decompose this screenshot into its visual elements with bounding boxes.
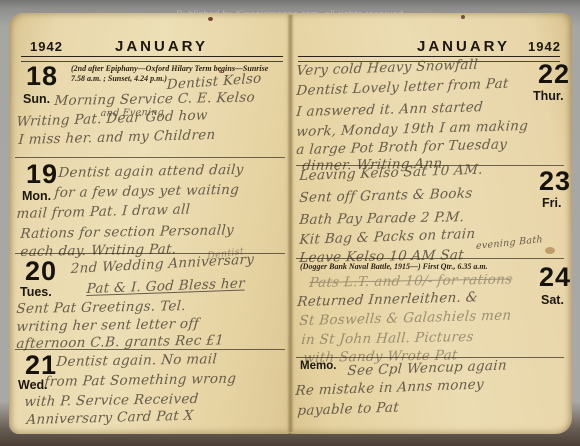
- handwriting-line: Anniversary Card Pat X: [26, 408, 194, 428]
- handwriting-line: payable to Pat: [297, 399, 400, 419]
- handwriting-line: Dentist Lovely letter from Pat: [296, 76, 509, 99]
- handwriting-line: from Pat Something wrong: [44, 371, 237, 390]
- handwriting-line: in St John Hall. Pictures: [301, 329, 475, 348]
- weekday-label: Sat.: [541, 293, 564, 307]
- day-number: 23: [539, 168, 571, 195]
- entry-divider: [296, 258, 564, 259]
- handwriting-insert: evening Bath: [476, 234, 543, 252]
- page-year-right: 1942: [528, 39, 561, 54]
- diary-page-left: 1942 JANUARY 18 Sun. (2nd after Epiphany…: [9, 13, 290, 434]
- handwriting-line-struck: Pats L.T. and 10/- for rations: [309, 271, 514, 291]
- ink-stain: [219, 70, 222, 73]
- memo-label: Memo.: [300, 360, 336, 372]
- day-number: 20: [25, 258, 57, 285]
- handwriting-line: Kit Bag & Packs on train: [299, 226, 476, 248]
- handwriting-line: Returned Innerleithen. &: [297, 289, 479, 310]
- page-month-right: JANUARY: [417, 38, 510, 55]
- handwriting-line: mail from Pat. I draw all: [16, 201, 191, 222]
- entry-divider: [296, 357, 564, 358]
- day-number: 24: [539, 264, 571, 291]
- handwriting-line: I answered it. Ann started: [296, 99, 484, 120]
- weekday-label: Thur.: [533, 89, 564, 103]
- handwriting-line: Rations for section Personally: [20, 222, 235, 242]
- weekday-label: Tues.: [20, 285, 52, 299]
- handwriting-line: writing her sent letter off: [16, 316, 200, 335]
- handwriting-line: Re mistake in Anns money: [295, 376, 485, 399]
- handwriting-line: Dentist again attend daily: [58, 162, 244, 181]
- handwriting-line: Sent Pat Greetings. Tel.: [16, 298, 187, 317]
- handwriting-line: I miss her. and my Children: [18, 127, 216, 148]
- page-gutter: [287, 15, 294, 432]
- handwriting-line: Dentist again. No mail: [56, 351, 218, 370]
- day-number: 19: [26, 161, 58, 188]
- ink-stain: [208, 17, 213, 21]
- paper-stain: [545, 247, 555, 254]
- handwriting-line: for a few days yet waiting: [54, 182, 240, 201]
- printed-almanac-note: (Dogger Bank Naval Battle, 1915—) First …: [300, 262, 532, 272]
- handwriting-line: Bath Pay Parade 2 P.M.: [299, 209, 465, 228]
- weekday-label: Sun.: [23, 92, 50, 106]
- day-number: 18: [26, 63, 58, 90]
- day-number: 22: [538, 61, 570, 88]
- handwriting-line: Sent off Grants & Books: [299, 185, 473, 206]
- diary-page-right: JANUARY 1942 22 Thur. Very cold Heavy Sn…: [290, 13, 572, 434]
- photo-frame: Published by Kinnairimages.com, all righ…: [0, 0, 580, 446]
- page-month-left: JANUARY: [115, 38, 208, 55]
- diary-book: 1942 JANUARY 18 Sun. (2nd after Epiphany…: [9, 13, 572, 434]
- handwriting-line: St Boswells & Galashiels men: [299, 307, 512, 329]
- page-year-left: 1942: [30, 39, 63, 54]
- handwriting-line: a large Pot Broth for Tuesday: [296, 136, 508, 158]
- weekday-label: Fri.: [542, 196, 561, 210]
- handwriting-line: Pat & I. God Bless her: [86, 275, 245, 297]
- weekday-label: Mon.: [22, 189, 51, 203]
- ink-stain: [461, 15, 465, 19]
- entry-divider: [15, 157, 285, 158]
- header-rule-left: [21, 56, 283, 62]
- handwriting-line: Writing Pat. Dear God how: [16, 107, 208, 130]
